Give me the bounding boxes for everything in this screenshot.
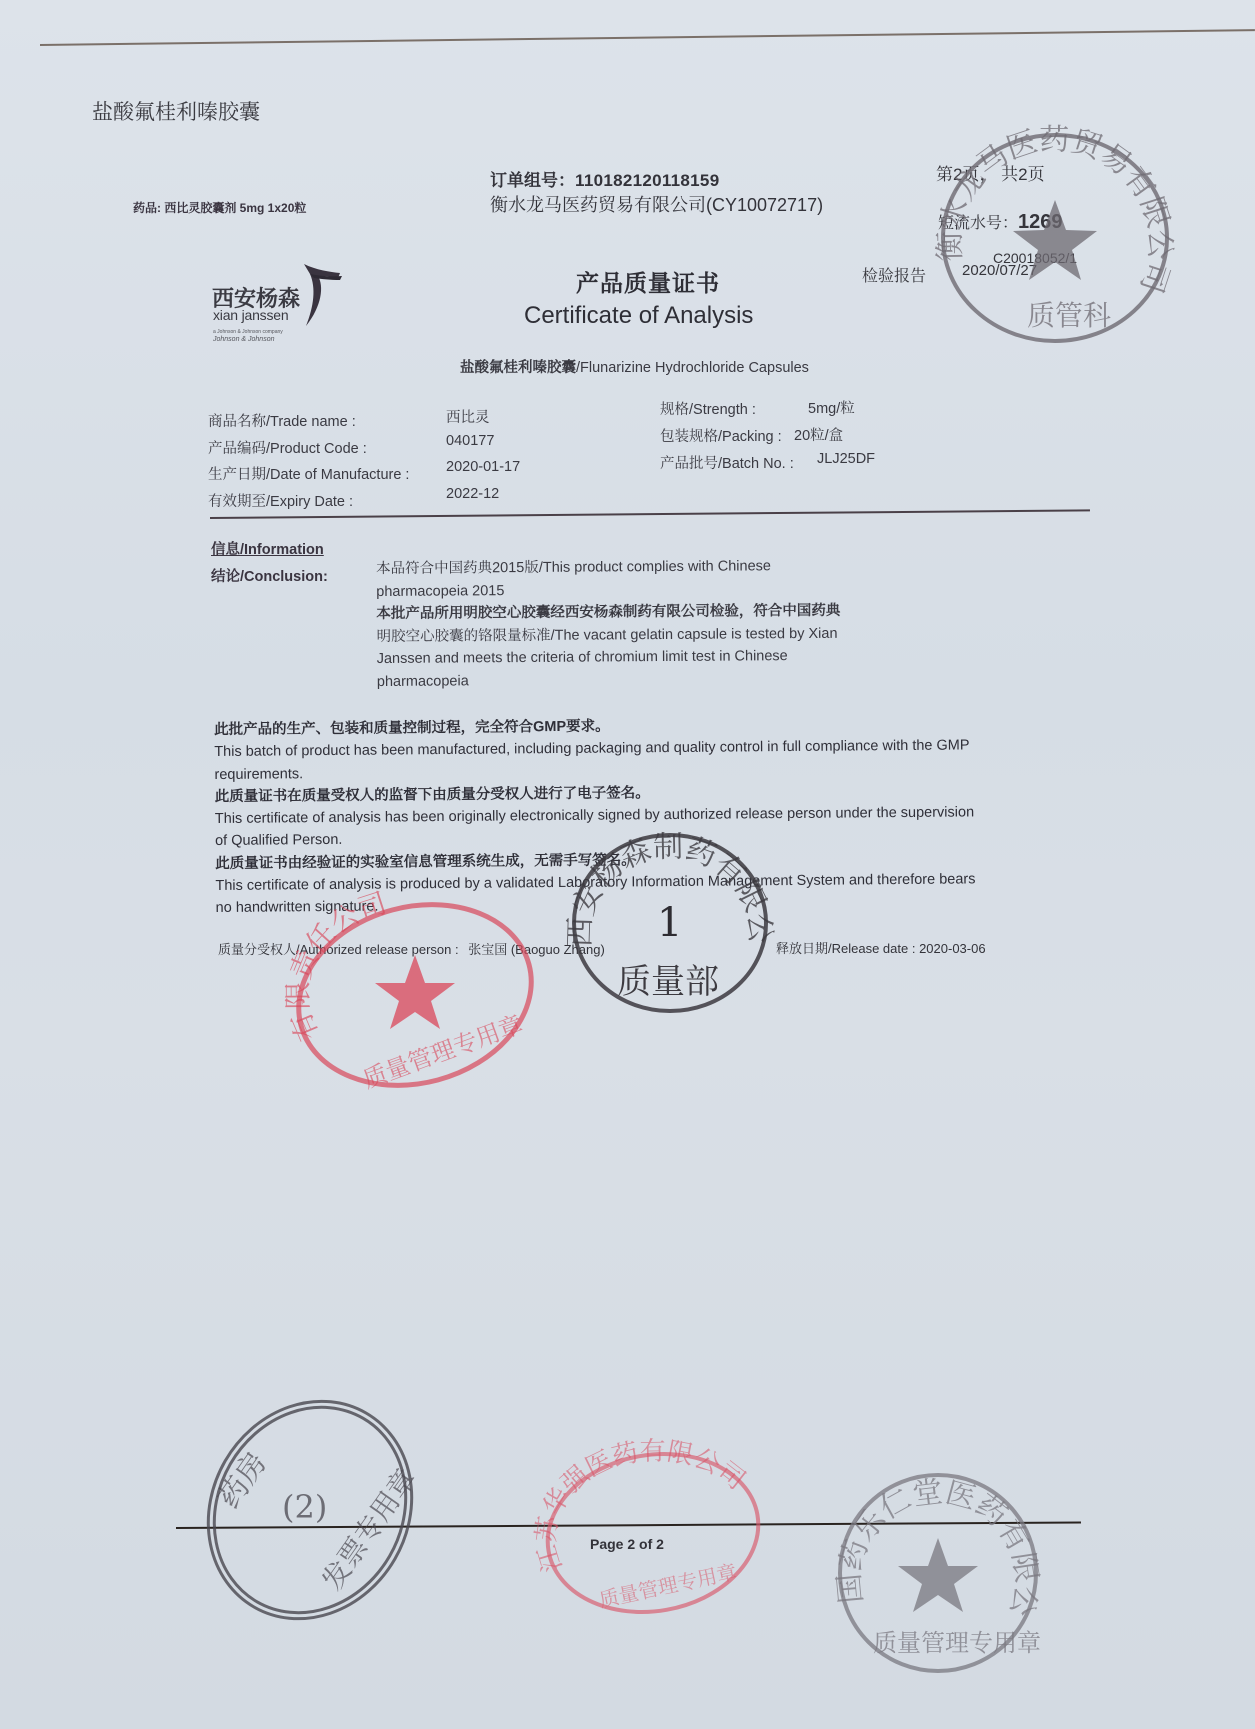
short-code-label: 短流水号： bbox=[938, 215, 1018, 232]
order-label: 订单组号： bbox=[490, 171, 575, 190]
field-value-strength: 5mg/粒 bbox=[808, 397, 855, 418]
short-code: 短流水号：1269 bbox=[938, 210, 1063, 234]
conclusion-line: 明胶空心胶囊的铬限量标准/The vacant gelatin capsule … bbox=[376, 622, 840, 648]
product-name-en: /Flunarizine Hydrochloride Capsules bbox=[576, 360, 809, 376]
logo-parent: Johnson & Johnson bbox=[213, 336, 275, 343]
conclusion-line: pharmacopeia bbox=[377, 667, 841, 693]
field-value-packing: 20粒/盒 bbox=[794, 424, 843, 445]
order-value: 110182120118159 bbox=[575, 171, 719, 190]
logo-name-en: xian janssen bbox=[213, 307, 288, 323]
page-info-cn: 第2页， 共2页 bbox=[936, 160, 1045, 185]
authorized-person: 质量分受权人/Authorized release person : 张宝国 (… bbox=[218, 939, 605, 958]
report-label: 检验报告 bbox=[862, 263, 926, 286]
release-date-label: 释放日期/Release date : bbox=[776, 941, 915, 956]
compliance-statements: 此批产品的生产、包装和质量控制过程，完全符合GMP要求。 This batch … bbox=[214, 712, 976, 919]
conclusion-line: 本品符合中国药典2015版/This product complies with… bbox=[376, 555, 840, 581]
conclusion-line: Janssen and meets the criteria of chromi… bbox=[377, 645, 841, 671]
information-heading: 信息/Information bbox=[211, 538, 324, 559]
field-value-manufacture-date: 2020-01-17 bbox=[446, 459, 520, 475]
field-value-trade-name: 西比灵 bbox=[446, 406, 490, 427]
company-name: 衡水龙马医药贸易有限公司(CY10072717) bbox=[490, 191, 823, 217]
conclusion-label: 结论/Conclusion: bbox=[211, 565, 328, 586]
conclusion-line: pharmacopeia 2015 bbox=[376, 577, 840, 603]
authorized-person-label: 质量分受权人/Authorized release person : bbox=[218, 942, 459, 957]
short-code-value: 1269 bbox=[1018, 211, 1063, 233]
field-label-manufacture-date: 生产日期/Date of Manufacture : bbox=[208, 463, 409, 484]
field-label-trade-name: 商品名称/Trade name : bbox=[208, 410, 356, 431]
header-title: 盐酸氟桂利嗪胶囊 bbox=[92, 96, 260, 126]
field-value-batch-no: JLJ25DF bbox=[817, 451, 875, 467]
field-label-expiry-date: 有效期至/Expiry Date : bbox=[208, 490, 353, 511]
product-name-cn: 盐酸氟桂利嗪胶囊 bbox=[460, 360, 576, 376]
drug-line: 药品: 西比灵胶囊剂 5mg 1x20粒 bbox=[133, 199, 306, 216]
field-label-batch-no: 产品批号/Batch No. : bbox=[660, 452, 794, 473]
field-label-strength: 规格/Strength : bbox=[660, 398, 756, 419]
order-number: 订单组号：110182120118159 bbox=[490, 166, 719, 191]
authorized-person-name: 张宝国 (Baoguo Zhang) bbox=[468, 942, 605, 957]
release-date: 释放日期/Release date : 2020-03-06 bbox=[776, 938, 986, 957]
conclusion-line: 本批产品所用明胶空心胶囊经西安杨森制药有限公司检验，符合中国药典 bbox=[376, 600, 840, 626]
report-date: 2020/07/27 bbox=[962, 262, 1037, 279]
janssen-swoosh-icon bbox=[300, 262, 344, 328]
logo-tagline: a Johnson & Johnson company bbox=[213, 329, 283, 335]
page-number: Page 2 of 2 bbox=[590, 1536, 664, 1552]
conclusion-text: 本品符合中国药典2015版/This product complies with… bbox=[376, 555, 841, 693]
certificate-title-cn: 产品质量证书 bbox=[576, 265, 720, 298]
release-date-value: 2020-03-06 bbox=[919, 941, 986, 956]
product-name: 盐酸氟桂利嗪胶囊/Flunarizine Hydrochloride Capsu… bbox=[460, 356, 809, 377]
field-value-product-code: 040177 bbox=[446, 433, 494, 449]
certificate-title-en: Certificate of Analysis bbox=[524, 302, 753, 330]
field-label-product-code: 产品编码/Product Code : bbox=[208, 437, 367, 458]
field-value-expiry-date: 2022-12 bbox=[446, 486, 499, 502]
field-label-packing: 包装规格/Packing : bbox=[660, 425, 782, 446]
